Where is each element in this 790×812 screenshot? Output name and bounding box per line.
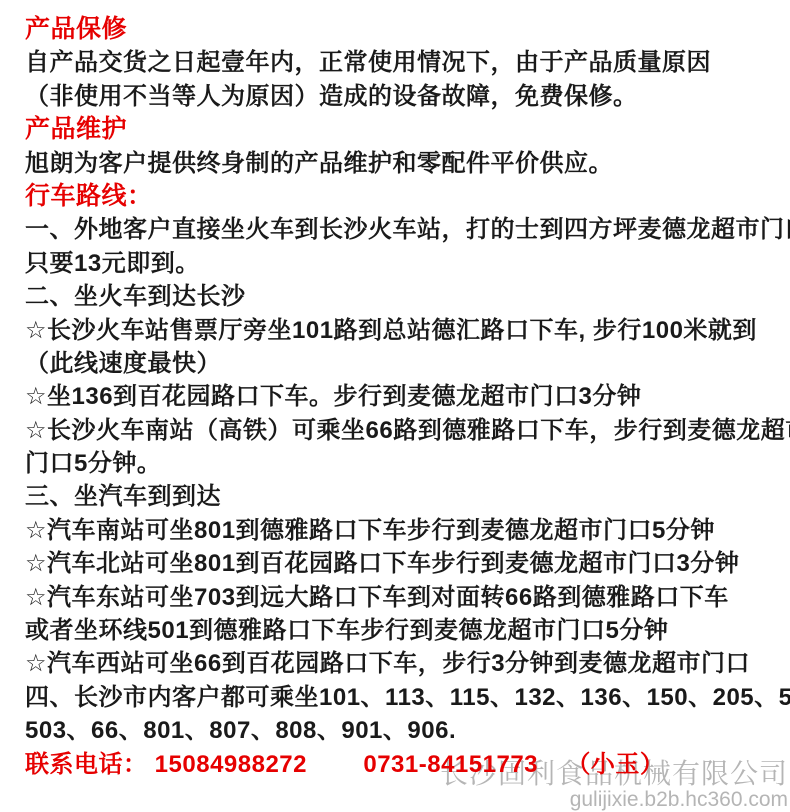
heading-product-warranty: 产品保修 — [25, 13, 778, 46]
route-line-10: ☆汽车南站可坐801到德雅路口下车步行到麦德龙超市门口5分钟 — [25, 514, 778, 547]
contact-person: （小玉） — [566, 751, 664, 778]
heading-driving-route: 行车路线： — [25, 180, 778, 213]
heading-product-maintenance: 产品维护 — [25, 113, 778, 146]
route-line-4: ☆长沙火车站售票厅旁坐101路到总站德汇路口下车, 步行100米就到 — [25, 314, 778, 347]
maintenance-line-1: 旭朗为客户提供终身制的产品维护和零配件平价供应。 — [25, 147, 778, 180]
route-line-1: 一、外地客户直接坐火车到长沙火车站，打的士到四方坪麦德龙超市门口， — [25, 213, 778, 246]
route-line-3: 二、坐火车到达长沙 — [25, 280, 778, 313]
contact-phone-mobile: 15084988272 — [155, 751, 307, 778]
watermark-url: gulijixie.b2b.hc360.com — [440, 788, 788, 811]
route-line-15: 四、长沙市内客户都可乘坐101、113、115、132、136、150、205、… — [25, 681, 778, 714]
warranty-line-1: 自产品交货之日起壹年内，正常使用情况下，由于产品质量原因 — [25, 46, 778, 79]
route-line-6: ☆坐136到百花园路口下车。步行到麦德龙超市门口3分钟 — [25, 380, 778, 413]
route-line-9: 三、坐汽车到到达 — [25, 480, 778, 513]
route-line-5: （此线速度最快） — [25, 347, 778, 380]
contact-label: 联系电话： — [25, 751, 148, 778]
contact-line: 联系电话： 15084988272 0731-84151773 （小玉） — [25, 748, 778, 781]
route-line-8: 门口5分钟。 — [25, 447, 778, 480]
route-line-2: 只要13元即到。 — [25, 247, 778, 280]
route-line-7: ☆长沙火车南站（高铁）可乘坐66路到德雅路口下车，步行到麦德龙超市 — [25, 414, 778, 447]
route-line-16: 503、66、801、807、808、901、906. — [25, 714, 778, 747]
route-line-13: 或者坐环线501到德雅路口下车步行到麦德龙超市门口5分钟 — [25, 614, 778, 647]
route-line-12: ☆汽车东站可坐703到远大路口下车到对面转66路到德雅路口下车 — [25, 581, 778, 614]
document-page: 产品保修 自产品交货之日起壹年内，正常使用情况下，由于产品质量原因 （非使用不当… — [0, 0, 790, 812]
contact-phone-landline: 0731-84151773 — [363, 751, 538, 778]
route-line-11: ☆汽车北站可坐801到百花园路口下车步行到麦德龙超市门口3分钟 — [25, 547, 778, 580]
route-line-14: ☆汽车西站可坐66到百花园路口下车，步行3分钟到麦德龙超市门口 — [25, 647, 778, 680]
warranty-line-2: （非使用不当等人为原因）造成的设备故障，免费保修。 — [25, 80, 778, 113]
